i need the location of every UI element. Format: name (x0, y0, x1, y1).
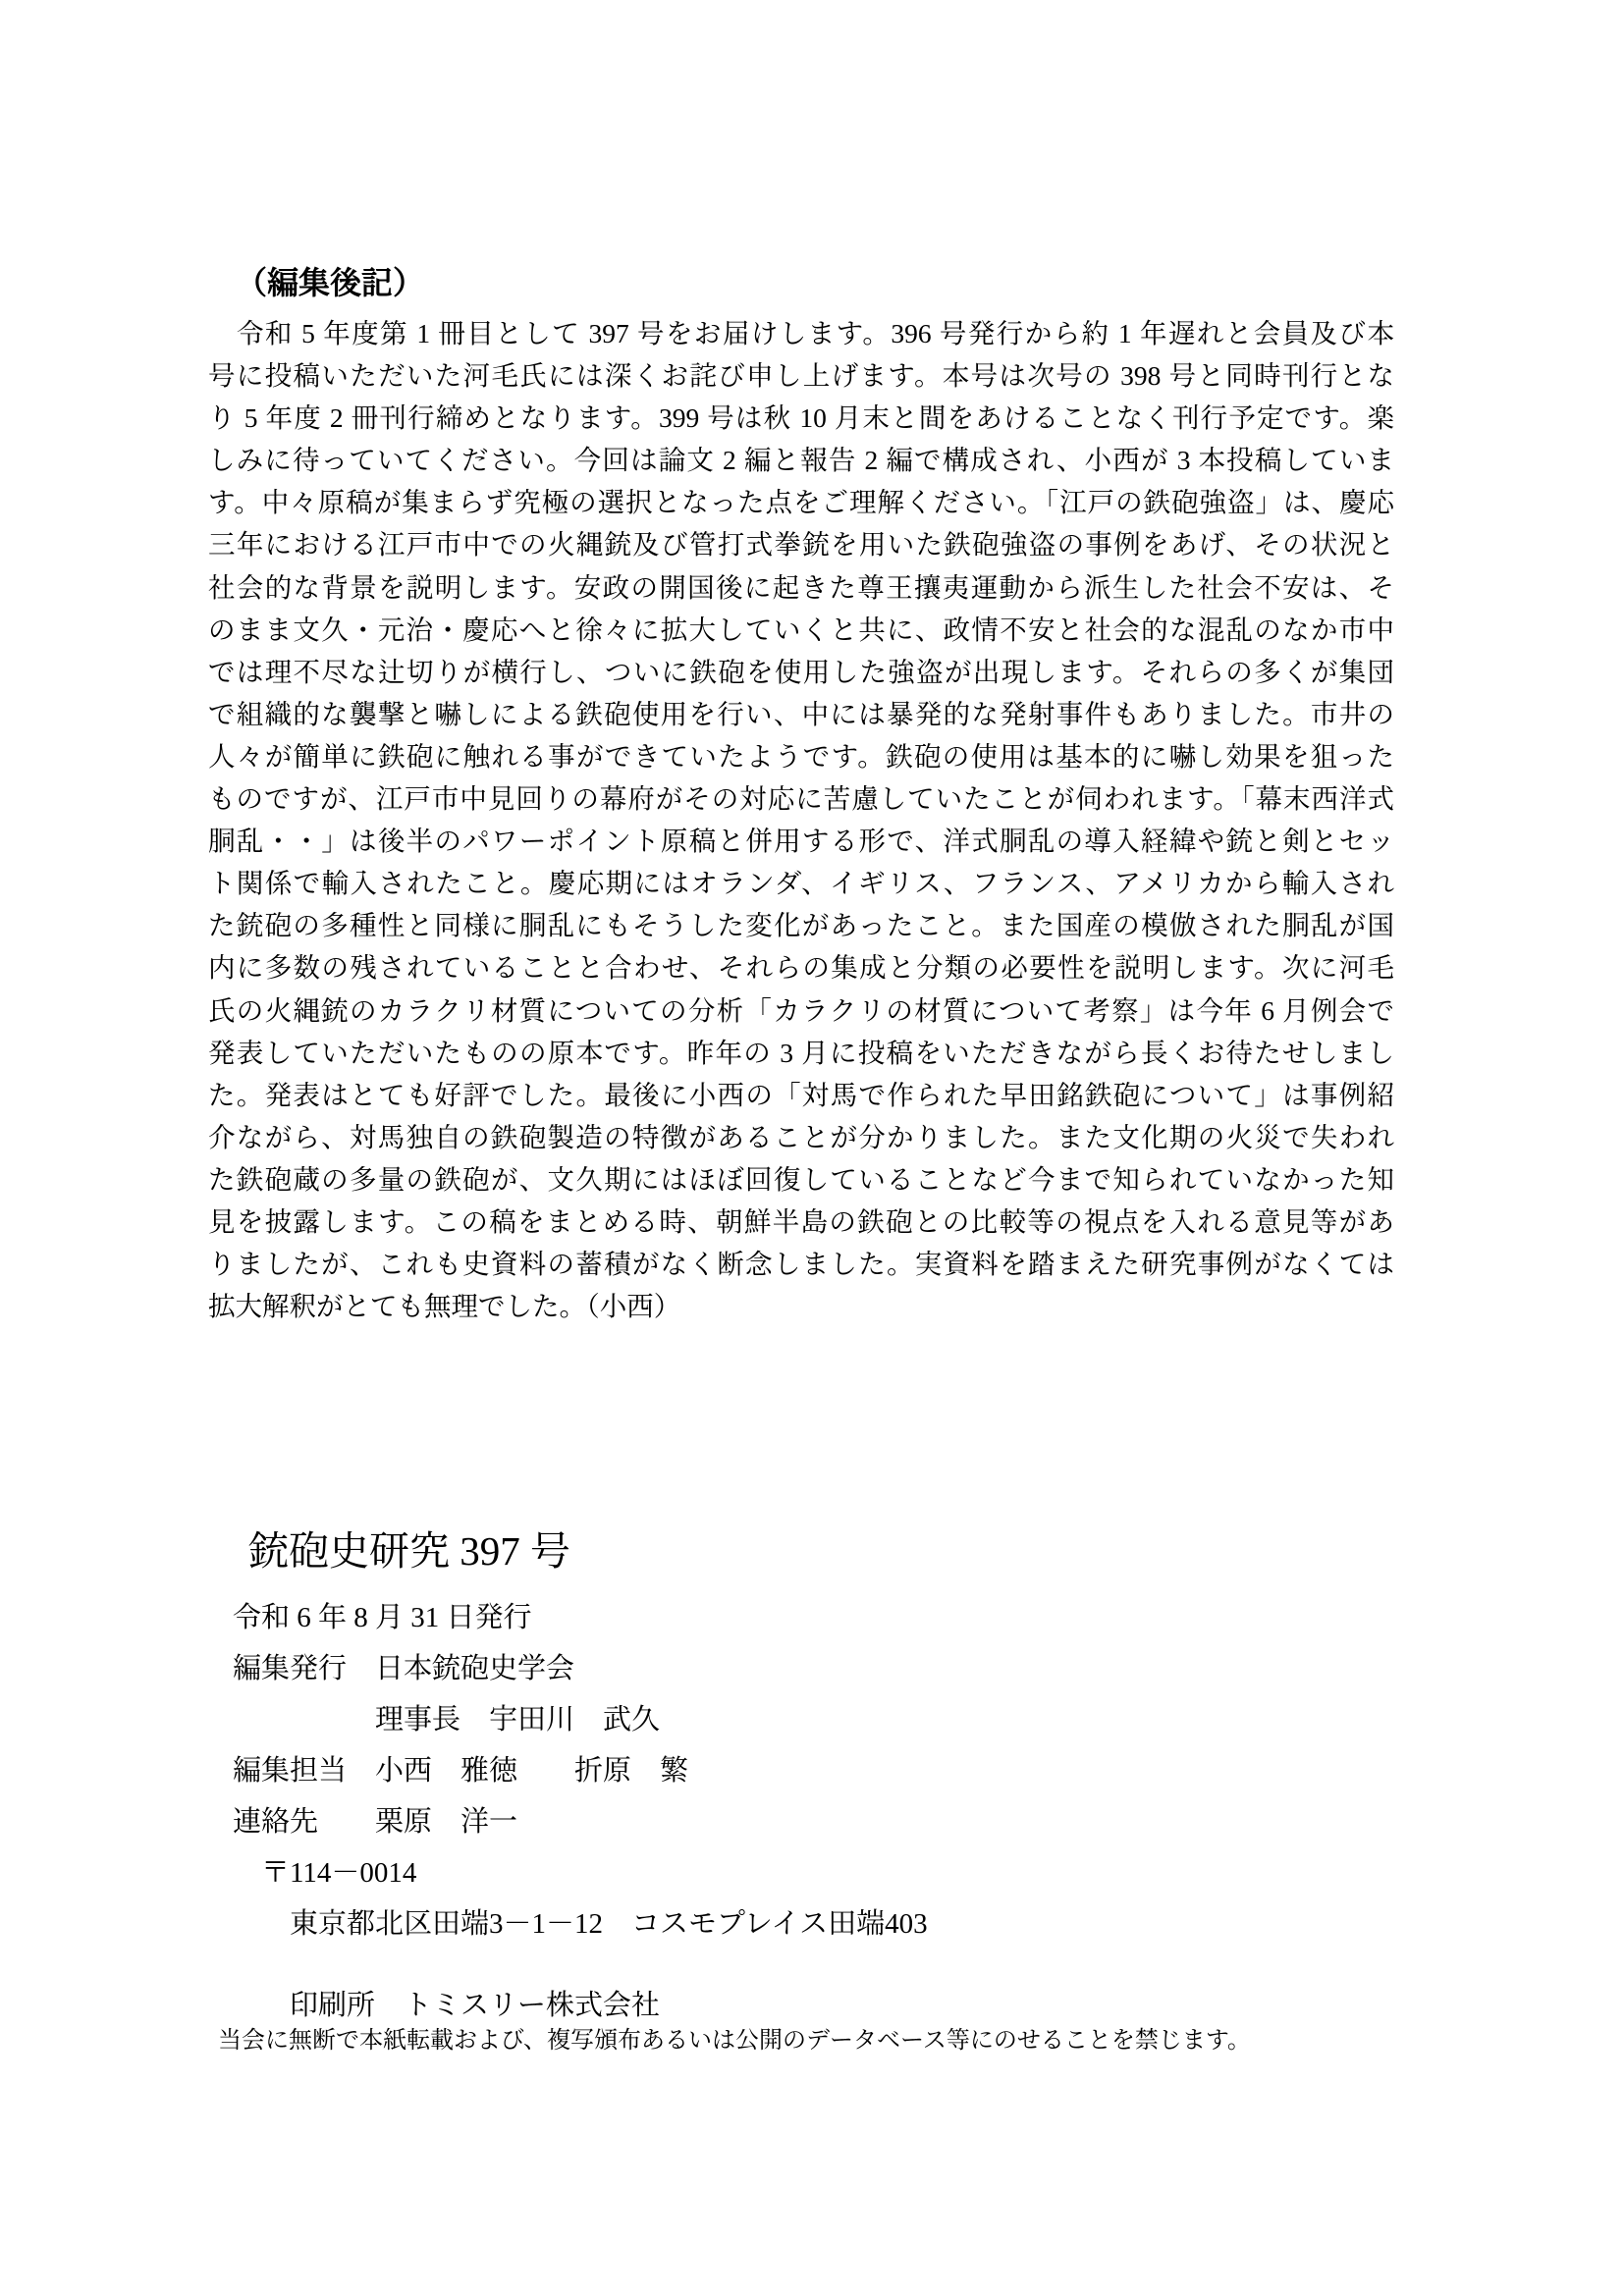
editorial-postscript-paragraph: 令和 5 年度第 1 冊目として 397 号をお届けします。396 号発行から約… (208, 312, 1394, 1327)
address-line: 東京都北区田端3－1－12 コスモプレイス田端403 (233, 1898, 928, 1949)
editors-line: 編集担当 小西 雅徳 折原 繁 (233, 1745, 928, 1796)
paragraph-line: 令和 5 年度第 1 冊目として 397 号をお届けします。396 号発行から約… (208, 312, 1394, 354)
paragraph-line: た鉄砲蔵の多量の鉄砲が、文久期にはほぼ回復していることなど今まで知られていなかっ… (208, 1158, 1394, 1201)
paragraph-line: で組織的な襲撃と嚇しによる鉄砲使用を行い、中には暴発的な発射事件もありました。市… (208, 693, 1394, 735)
colophon-block: 令和 6 年 8 月 31 日発行 編集発行 日本銃砲史学会 理事長 宇田川 武… (233, 1592, 928, 2031)
publication-date-line: 令和 6 年 8 月 31 日発行 (233, 1592, 928, 1643)
paragraph-line: しみに待っていてください。今回は論文 2 編と報告 2 編で構成され、小西が 3… (208, 439, 1394, 481)
paragraph-line: 胴乱・・」は後半のパワーポイント原稿と併用する形で、洋式胴乱の導入経緯や銃と剣と… (208, 820, 1394, 862)
publisher-line: 編集発行 日本銃砲史学会 (233, 1643, 928, 1694)
paragraph-line: では理不尽な辻切りが横行し、ついに鉄砲を使用した強盗が出現します。それらの多くが… (208, 651, 1394, 693)
editorial-postscript-heading: （編集後記） (236, 263, 424, 302)
paragraph-line: た。発表はとても好評でした。最後に小西の「対馬で作られた早田銘鉄砲について」は事… (208, 1074, 1394, 1116)
chairman-line: 理事長 宇田川 武久 (233, 1694, 928, 1745)
contact-line: 連絡先 栗原 洋一 (233, 1796, 928, 1847)
paragraph-line: 社会的な背景を説明します。安政の開国後に起きた尊王攘夷運動から派生した社会不安は… (208, 566, 1394, 609)
paragraph-line: 発表していただいたものの原本です。昨年の 3 月に投稿をいただきながら長くお待た… (208, 1032, 1394, 1074)
paragraph-line: りましたが、これも史資料の蓄積がなく断念しました。実資料を踏まえた研究事例がなく… (208, 1243, 1394, 1285)
paragraph-line: た銃砲の多種性と同様に胴乱にもそうした変化があったこと。また国産の模倣された胴乱… (208, 904, 1394, 946)
paragraph-line: 見を披露します。この稿をまとめる時、朝鮮半島の鉄砲との比較等の視点を入れる意見等… (208, 1201, 1394, 1243)
paragraph-line: 号に投稿いただいた河毛氏には深くお詫び申し上げます。本号は次号の 398 号と同… (208, 354, 1394, 397)
paragraph-line: す。中々原稿が集まらず究極の選択となった点をご理解ください。「江戸の鉄砲強盗」は… (208, 481, 1394, 523)
journal-colophon-page: （編集後記） 令和 5 年度第 1 冊目として 397 号をお届けします。396… (0, 0, 1624, 2296)
paragraph-line: 介ながら、対馬独自の鉄砲製造の特徴があることが分かりました。また文化期の火災で失… (208, 1116, 1394, 1158)
paragraph-line: 氏の火縄銃のカラクリ材質についての分析「カラクリの材質について考察」は今年 6 … (208, 989, 1394, 1032)
postal-code-line: 〒114－0014 (233, 1847, 928, 1898)
copyright-notice: 当会に無断で本紙転載および、複写頒布あるいは公開のデータベース等にのせることを禁… (218, 2024, 1251, 2057)
paragraph-line: ト関係で輸入されたこと。慶応期にはオランダ、イギリス、フランス、アメリカから輸入… (208, 862, 1394, 904)
paragraph-line-signature: 拡大解釈がとても無理でした。（小西） (208, 1285, 1394, 1327)
paragraph-line: 三年における江戸市中での火縄銃及び管打式拳銃を用いた鉄砲強盗の事例をあげ、その状… (208, 523, 1394, 565)
paragraph-line: 人々が簡単に鉄砲に触れる事ができていたようです。鉄砲の使用は基本的に嚇し効果を狙… (208, 735, 1394, 777)
paragraph-line: ものですが、江戸市中見回りの幕府がその対応に苦慮していたことが伺われます。「幕末… (208, 777, 1394, 820)
journal-title: 銃砲史研究 397 号 (248, 1523, 570, 1578)
paragraph-line: 内に多数の残されていることと合わせ、それらの集成と分類の必要性を説明します。次に… (208, 946, 1394, 988)
paragraph-line: り 5 年度 2 冊刊行締めとなります。399 号は秋 10 月末と間をあけるこ… (208, 397, 1394, 439)
paragraph-line: のまま文久・元治・慶応へと徐々に拡大していくと共に、政情不安と社会的な混乱のなか… (208, 609, 1394, 651)
